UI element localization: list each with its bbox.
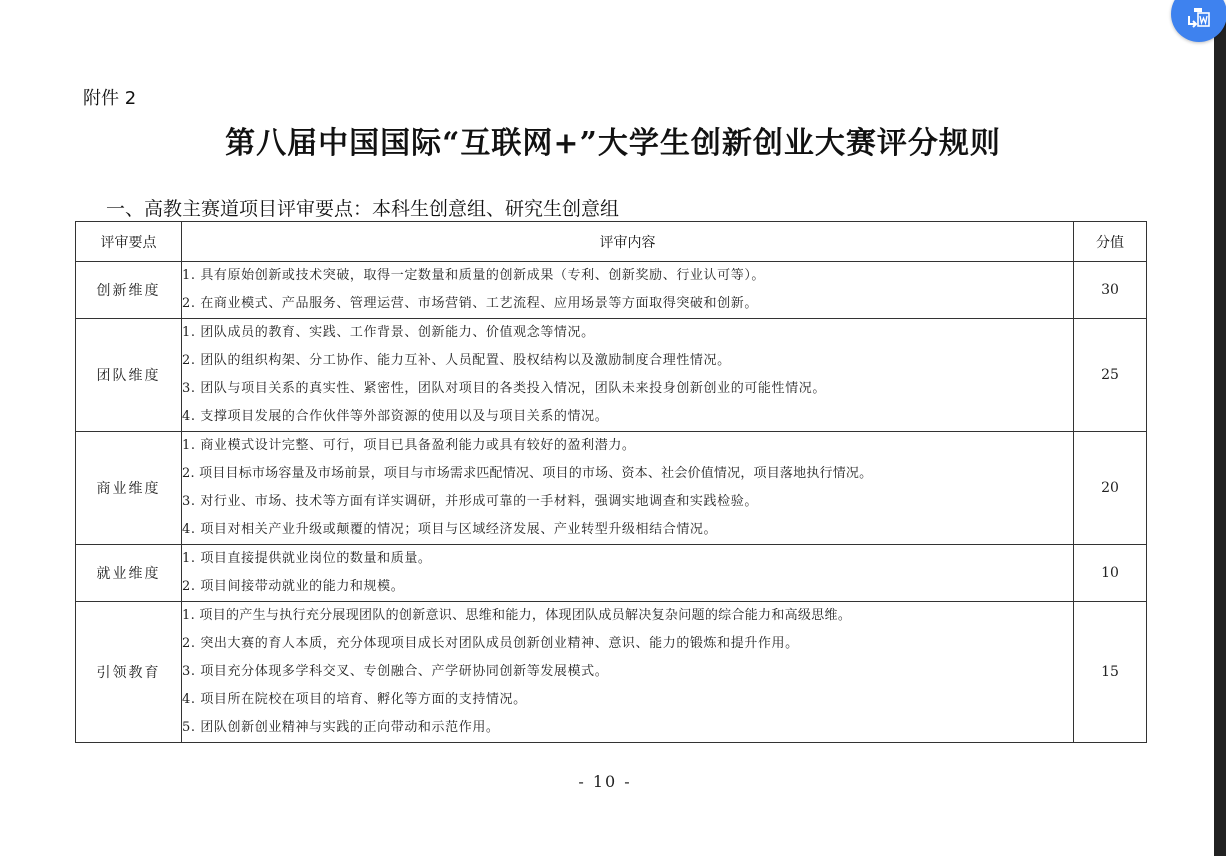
content-cell: 1. 商业模式设计完整、可行，项目已具备盈利能力或具有较好的盈利潜力。 2. 项… bbox=[182, 432, 1074, 545]
criterion-item: 3. 项目充分体现多学科交叉、专创融合、产学研协同创新等发展模式。 bbox=[182, 658, 1073, 686]
criterion-item: 1. 商业模式设计完整、可行，项目已具备盈利能力或具有较好的盈利潜力。 bbox=[182, 432, 1073, 460]
criterion-item: 2. 在商业模式、产品服务、管理运营、市场营销、工艺流程、应用场景等方面取得突破… bbox=[182, 290, 1073, 318]
criterion-item: 2. 项目间接带动就业的能力和规模。 bbox=[182, 573, 1073, 601]
criterion-item: 3. 团队与项目关系的真实性、紧密性，团队对项目的各类投入情况，团队未来投身创新… bbox=[182, 375, 1073, 403]
criterion-item: 3. 对行业、市场、技术等方面有详实调研，并形成可靠的一手材料，强调实地调查和实… bbox=[182, 488, 1073, 516]
criterion-item: 1. 团队成员的教育、实践、工作背景、创新能力、价值观念等情况。 bbox=[182, 319, 1073, 347]
criterion-item: 1. 项目的产生与执行充分展现团队的创新意识、思维和能力，体现团队成员解决复杂问… bbox=[182, 602, 1073, 630]
vertical-scrollbar[interactable] bbox=[1214, 20, 1226, 856]
criterion-item: 2. 项目目标市场容量及市场前景，项目与市场需求匹配情况、项目的市场、资本、社会… bbox=[182, 460, 1073, 488]
dimension-cell: 创新维度 bbox=[76, 262, 182, 319]
scoring-table: 评审要点 评审内容 分值 创新维度 1. 具有原始创新或技术突破，取得一定数量和… bbox=[75, 221, 1147, 743]
document-title: 第八届中国国际“互联网+”大学生创新创业大赛评分规则 bbox=[0, 118, 1226, 162]
header-criteria: 评审要点 bbox=[76, 222, 182, 262]
header-score: 分值 bbox=[1074, 222, 1147, 262]
criterion-item: 4. 项目所在院校在项目的培育、孵化等方面的支持情况。 bbox=[182, 686, 1073, 714]
score-cell: 15 bbox=[1074, 602, 1147, 743]
table-header-row: 评审要点 评审内容 分值 bbox=[76, 222, 1147, 262]
content-cell: 1. 具有原始创新或技术突破，取得一定数量和质量的创新成果（专利、创新奖励、行业… bbox=[182, 262, 1074, 319]
header-content: 评审内容 bbox=[182, 222, 1074, 262]
convert-to-word-icon bbox=[1186, 8, 1212, 30]
dimension-cell: 就业维度 bbox=[76, 545, 182, 602]
page-number: - 10 - bbox=[0, 772, 1210, 791]
attachment-label: 附件 2 bbox=[83, 84, 136, 110]
criterion-item: 4. 支撑项目发展的合作伙伴等外部资源的使用以及与项目关系的情况。 bbox=[182, 403, 1073, 431]
criterion-item: 1. 具有原始创新或技术突破，取得一定数量和质量的创新成果（专利、创新奖励、行业… bbox=[182, 262, 1073, 290]
table-row: 商业维度 1. 商业模式设计完整、可行，项目已具备盈利能力或具有较好的盈利潜力。… bbox=[76, 432, 1147, 545]
table-row: 引领教育 1. 项目的产生与执行充分展现团队的创新意识、思维和能力，体现团队成员… bbox=[76, 602, 1147, 743]
content-cell: 1. 项目的产生与执行充分展现团队的创新意识、思维和能力，体现团队成员解决复杂问… bbox=[182, 602, 1074, 743]
table-row: 创新维度 1. 具有原始创新或技术突破，取得一定数量和质量的创新成果（专利、创新… bbox=[76, 262, 1147, 319]
criterion-item: 2. 突出大赛的育人本质，充分体现项目成长对团队成员创新创业精神、意识、能力的锻… bbox=[182, 630, 1073, 658]
document-page: 附件 2 第八届中国国际“互联网+”大学生创新创业大赛评分规则 一、高教主赛道项… bbox=[0, 0, 1210, 856]
table-row: 团队维度 1. 团队成员的教育、实践、工作背景、创新能力、价值观念等情况。 2.… bbox=[76, 319, 1147, 432]
dimension-cell: 团队维度 bbox=[76, 319, 182, 432]
criterion-item: 1. 项目直接提供就业岗位的数量和质量。 bbox=[182, 545, 1073, 573]
content-cell: 1. 项目直接提供就业岗位的数量和质量。 2. 项目间接带动就业的能力和规模。 bbox=[182, 545, 1074, 602]
criterion-item: 4. 项目对相关产业升级或颠覆的情况；项目与区域经济发展、产业转型升级相结合情况… bbox=[182, 516, 1073, 544]
criterion-item: 2. 团队的组织构架、分工协作、能力互补、人员配置、股权结构以及激励制度合理性情… bbox=[182, 347, 1073, 375]
score-cell: 10 bbox=[1074, 545, 1147, 602]
section-heading: 一、高教主赛道项目评审要点：本科生创意组、研究生创意组 bbox=[106, 194, 619, 221]
score-cell: 20 bbox=[1074, 432, 1147, 545]
criterion-item: 5. 团队创新创业精神与实践的正向带动和示范作用。 bbox=[182, 714, 1073, 742]
score-cell: 30 bbox=[1074, 262, 1147, 319]
score-cell: 25 bbox=[1074, 319, 1147, 432]
table-row: 就业维度 1. 项目直接提供就业岗位的数量和质量。 2. 项目间接带动就业的能力… bbox=[76, 545, 1147, 602]
dimension-cell: 商业维度 bbox=[76, 432, 182, 545]
dimension-cell: 引领教育 bbox=[76, 602, 182, 743]
content-cell: 1. 团队成员的教育、实践、工作背景、创新能力、价值观念等情况。 2. 团队的组… bbox=[182, 319, 1074, 432]
